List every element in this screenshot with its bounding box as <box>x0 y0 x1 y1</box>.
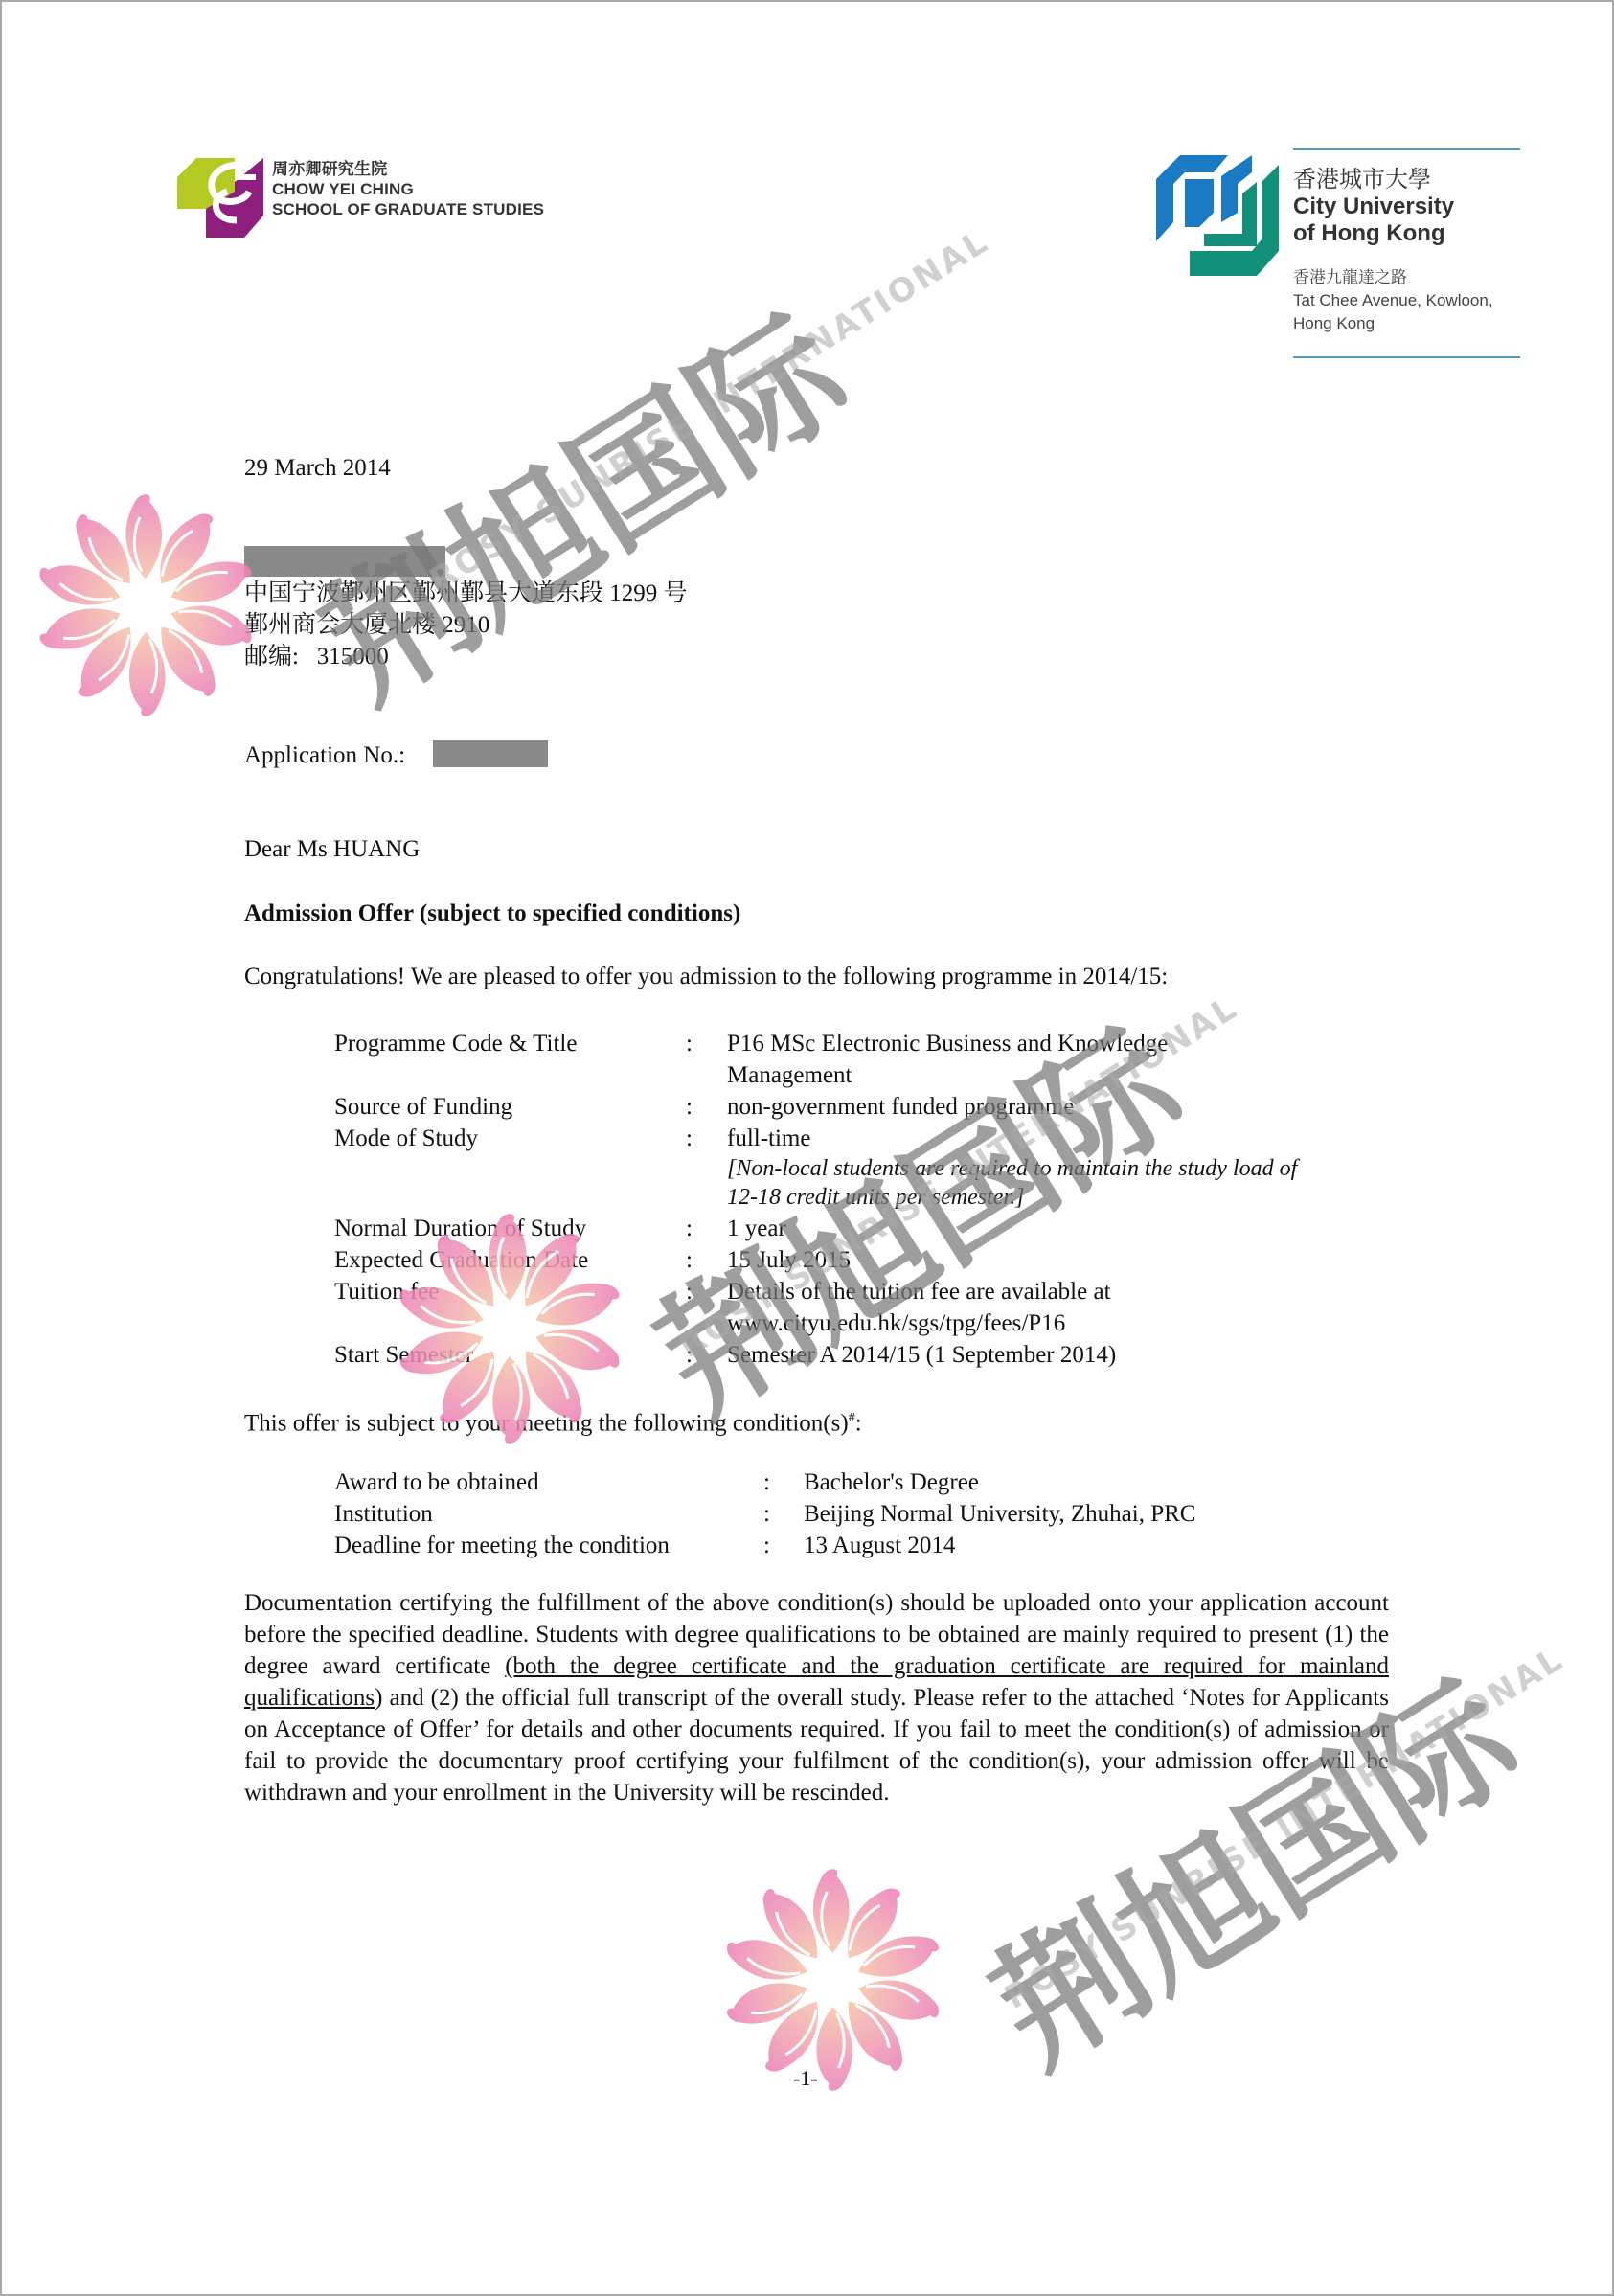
condition-label: Award to be obtained <box>334 1466 539 1498</box>
cyc-name-zh: 周亦卿研究生院 <box>272 159 544 179</box>
intro-text: Congratulations! We are pleased to offer… <box>244 961 1168 992</box>
cityu-name-en-1: City University <box>1293 193 1454 220</box>
cityu-address-zh: 香港九龍達之路 <box>1293 266 1493 289</box>
detail-colon: : <box>686 1091 693 1123</box>
condition-label: Institution <box>334 1498 433 1530</box>
detail-label: Source of Funding <box>334 1091 512 1123</box>
detail-colon: : <box>686 1028 693 1059</box>
cityu-bottom-rule <box>1293 356 1520 358</box>
condition-colon: : <box>763 1466 770 1498</box>
cityu-address-en-1: Tat Chee Avenue, Kowloon, <box>1293 289 1493 312</box>
condition-value: Bachelor's Degree <box>804 1466 979 1498</box>
cityu-name-zh: 香港城市大學 <box>1293 167 1454 193</box>
detail-label: Mode of Study <box>334 1123 478 1154</box>
cyc-name-en-1: CHOW YEI CHING <box>272 179 544 199</box>
conditions-footnote-mark: # <box>849 1411 855 1425</box>
watermark-text-en: ROSY SUNRISE INTERNATIONAL <box>423 222 996 600</box>
watermark-flower-icon <box>31 471 261 739</box>
condition-colon: : <box>763 1498 770 1530</box>
letter-subject: Admission Offer (subject to specified co… <box>244 898 740 929</box>
condition-colon: : <box>763 1530 770 1561</box>
cityu-name-en-2: of Hong Kong <box>1293 220 1454 247</box>
detail-label: Programme Code & Title <box>334 1028 577 1059</box>
cityu-address-en-2: Hong Kong <box>1293 312 1493 335</box>
cyc-school-name: 周亦卿研究生院 CHOW YEI CHING SCHOOL OF GRADUAT… <box>272 159 544 219</box>
condition-label: Deadline for meeting the condition <box>334 1530 670 1561</box>
conditions-intro-end: : <box>855 1410 862 1436</box>
condition-value: Beijing Normal University, Zhuhai, PRC <box>804 1498 1195 1530</box>
cityu-name: 香港城市大學 City University of Hong Kong <box>1293 167 1454 247</box>
letter-date: 29 March 2014 <box>244 452 391 484</box>
condition-value: 13 August 2014 <box>804 1530 955 1561</box>
salutation: Dear Ms HUANG <box>244 833 420 865</box>
detail-value: Management <box>727 1059 852 1091</box>
letter-page: 周亦卿研究生院 CHOW YEI CHING SCHOOL OF GRADUAT… <box>0 0 1614 2296</box>
detail-value: full-time <box>727 1123 810 1154</box>
cityu-top-rule <box>1293 148 1520 150</box>
cityu-address: 香港九龍達之路 Tat Chee Avenue, Kowloon, Hong K… <box>1293 266 1493 335</box>
watermark-flower-icon <box>385 1190 634 1467</box>
detail-colon: : <box>686 1123 693 1154</box>
watermark-flower-icon <box>706 1846 960 2114</box>
cyc-name-en-2: SCHOOL OF GRADUATE STUDIES <box>272 199 544 219</box>
application-no-label: Application No.: <box>244 739 405 771</box>
application-no-redaction <box>433 740 548 767</box>
cityu-logo-icon <box>1156 155 1279 276</box>
